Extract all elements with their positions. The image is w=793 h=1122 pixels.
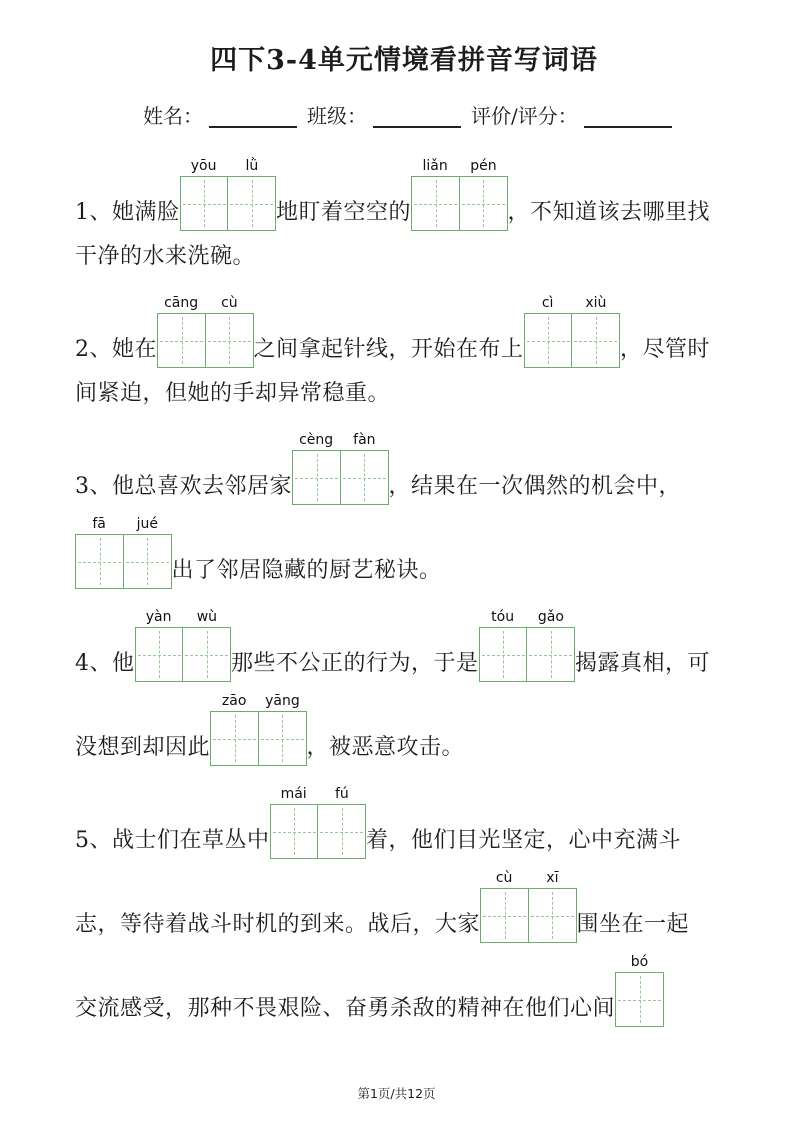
question-text: 着，他们目光坚定，心中充满斗 bbox=[366, 823, 681, 859]
question-text: 间紧迫，但她的手却异常稳重。 bbox=[75, 376, 390, 412]
pinyin-syllable: mái bbox=[270, 785, 318, 804]
question-text: ，尽管时 bbox=[620, 332, 710, 368]
grid-cell bbox=[123, 534, 172, 589]
header-fields: 姓名： 班级： 评价/评分： bbox=[75, 103, 733, 129]
grid-cells bbox=[479, 627, 576, 682]
grid-cell bbox=[75, 534, 124, 589]
question-text: 之间拿起针线，开始在布上 bbox=[254, 332, 524, 368]
pinyin-row: yōu lǜ bbox=[180, 155, 277, 176]
writing-grid: liǎn pén bbox=[411, 155, 508, 231]
question-text: 出了邻居隐藏的厨艺秘诀。 bbox=[172, 553, 442, 589]
grid-cell bbox=[340, 450, 389, 505]
pinyin-syllable: xī bbox=[528, 869, 576, 888]
question-text: 没想到却因此 bbox=[75, 730, 210, 766]
pinyin-syllable: bó bbox=[615, 953, 664, 972]
pinyin-syllable: wù bbox=[183, 608, 231, 627]
grid-cells bbox=[411, 176, 508, 231]
class-blank bbox=[373, 104, 461, 128]
question-2: 2、她在 cāng cù 之间拿起针线，开始在布上 cì xiù bbox=[75, 292, 733, 412]
writing-grid: cāng cù bbox=[157, 292, 254, 368]
question-4: 4、他 yàn wù 那些不公正的行为，于是 tóu gǎo bbox=[75, 606, 733, 766]
question-line: 5、战士们在草丛中 mái fú 着，他们目光坚定，心中充满斗 bbox=[75, 783, 733, 859]
grid-cell bbox=[210, 711, 259, 766]
pinyin-syllable: fú bbox=[318, 785, 366, 804]
pinyin-syllable: cù bbox=[480, 869, 528, 888]
pinyin-syllable: cì bbox=[524, 294, 572, 313]
question-text: 那些不公正的行为，于是 bbox=[231, 646, 479, 682]
grid-cell bbox=[135, 627, 184, 682]
question-text: 揭露真相，可 bbox=[575, 646, 710, 682]
grid-cell bbox=[479, 627, 528, 682]
question-text: 交流感受，那种不畏艰险、奋勇杀敌的精神在他们心间 bbox=[75, 991, 615, 1027]
grid-cells bbox=[157, 313, 254, 368]
grid-cells bbox=[135, 627, 232, 682]
pinyin-row: tóu gǎo bbox=[479, 606, 576, 627]
grid-cells bbox=[292, 450, 389, 505]
grid-cells bbox=[180, 176, 277, 231]
question-text: 3、他总喜欢去邻居家 bbox=[75, 469, 292, 505]
pinyin-syllable: fā bbox=[75, 515, 123, 534]
writing-grid: yōu lǜ bbox=[180, 155, 277, 231]
grid-cell bbox=[182, 627, 231, 682]
question-5: 5、战士们在草丛中 mái fú 着，他们目光坚定，心中充满斗 志，等待着战斗时… bbox=[75, 783, 733, 1027]
score-blank bbox=[584, 104, 672, 128]
page-title: 四下3-4单元情境看拼音写词语 bbox=[75, 38, 733, 77]
question-text: ，结果在一次偶然的机会中， bbox=[389, 469, 682, 505]
question-text: 2、她在 bbox=[75, 332, 157, 368]
question-line: 3、他总喜欢去邻居家 cèng fàn ，结果在一次偶然的机会中， bbox=[75, 429, 733, 505]
writing-grid: bó bbox=[615, 951, 664, 1027]
question-line: 干净的水来洗碗。 bbox=[75, 239, 733, 275]
pinyin-row: fā jué bbox=[75, 513, 172, 534]
name-blank bbox=[209, 104, 297, 128]
question-line: 交流感受，那种不畏艰险、奋勇杀敌的精神在他们心间 bó bbox=[75, 951, 733, 1027]
question-text: 围坐在一起 bbox=[577, 907, 690, 943]
question-line: 间紧迫，但她的手却异常稳重。 bbox=[75, 376, 733, 412]
pinyin-row: cāng cù bbox=[157, 292, 254, 313]
pinyin-row: liǎn pén bbox=[411, 155, 508, 176]
pinyin-syllable: jué bbox=[123, 515, 171, 534]
pinyin-row: cù xī bbox=[480, 867, 577, 888]
grid-cell bbox=[205, 313, 254, 368]
writing-grid: fā jué bbox=[75, 513, 172, 589]
grid-cell bbox=[459, 176, 508, 231]
grid-cell bbox=[411, 176, 460, 231]
pinyin-syllable: gǎo bbox=[527, 608, 575, 627]
pinyin-syllable: cèng bbox=[292, 431, 340, 450]
grid-cells bbox=[524, 313, 621, 368]
pinyin-syllable: liǎn bbox=[411, 157, 459, 176]
pinyin-syllable: cù bbox=[205, 294, 253, 313]
question-line: 2、她在 cāng cù 之间拿起针线，开始在布上 cì xiù bbox=[75, 292, 733, 368]
grid-cells bbox=[615, 972, 664, 1027]
question-line: fā jué 出了邻居隐藏的厨艺秘诀。 bbox=[75, 513, 733, 589]
question-text: 4、他 bbox=[75, 646, 135, 682]
grid-cell bbox=[526, 627, 575, 682]
question-text: 志，等待着战斗时机的到来。战后，大家 bbox=[75, 907, 480, 943]
pinyin-row: bó bbox=[615, 951, 664, 972]
pinyin-syllable: yàn bbox=[135, 608, 183, 627]
grid-cell bbox=[157, 313, 206, 368]
pinyin-row: cì xiù bbox=[524, 292, 621, 313]
grid-cell bbox=[317, 804, 366, 859]
question-text: 干净的水来洗碗。 bbox=[75, 239, 255, 275]
page-content: 四下3-4单元情境看拼音写词语 姓名： 班级： 评价/评分： 1、她满脸 yōu… bbox=[0, 0, 793, 1027]
pinyin-row: zāo yāng bbox=[210, 690, 307, 711]
grid-cell bbox=[615, 972, 664, 1027]
pinyin-syllable: tóu bbox=[479, 608, 527, 627]
grid-cell bbox=[292, 450, 341, 505]
question-text: 5、战士们在草丛中 bbox=[75, 823, 270, 859]
grid-cell bbox=[571, 313, 620, 368]
grid-cells bbox=[480, 888, 577, 943]
question-line: 没想到却因此 zāo yāng ，被恶意攻击。 bbox=[75, 690, 733, 766]
grid-cell bbox=[524, 313, 573, 368]
grid-cells bbox=[210, 711, 307, 766]
pinyin-syllable: lǜ bbox=[228, 157, 276, 176]
question-text: 1、她满脸 bbox=[75, 195, 180, 231]
pinyin-syllable: fàn bbox=[340, 431, 388, 450]
question-line: 志，等待着战斗时机的到来。战后，大家 cù xī 围坐在一起 bbox=[75, 867, 733, 943]
grid-cell bbox=[528, 888, 577, 943]
question-3: 3、他总喜欢去邻居家 cèng fàn ，结果在一次偶然的机会中， bbox=[75, 429, 733, 589]
writing-grid: cèng fàn bbox=[292, 429, 389, 505]
pinyin-syllable: yāng bbox=[258, 692, 306, 711]
question-1: 1、她满脸 yōu lǜ 地盯着空空的 liǎn pén bbox=[75, 155, 733, 275]
grid-cells bbox=[270, 804, 367, 859]
pinyin-syllable: cāng bbox=[157, 294, 205, 313]
class-label: 班级： bbox=[307, 103, 367, 129]
page-footer: 第1页/共12页 bbox=[0, 1084, 793, 1102]
grid-cells bbox=[75, 534, 172, 589]
grid-cell bbox=[227, 176, 276, 231]
writing-grid: zāo yāng bbox=[210, 690, 307, 766]
writing-grid: cì xiù bbox=[524, 292, 621, 368]
grid-cell bbox=[480, 888, 529, 943]
writing-grid: yàn wù bbox=[135, 606, 232, 682]
writing-grid: cù xī bbox=[480, 867, 577, 943]
question-line: 4、他 yàn wù 那些不公正的行为，于是 tóu gǎo bbox=[75, 606, 733, 682]
question-text: ，被恶意攻击。 bbox=[307, 730, 465, 766]
grid-cell bbox=[270, 804, 319, 859]
question-text: 地盯着空空的 bbox=[276, 195, 411, 231]
grid-cell bbox=[180, 176, 229, 231]
grid-cell bbox=[258, 711, 307, 766]
pinyin-syllable: xiù bbox=[572, 294, 620, 313]
pinyin-row: mái fú bbox=[270, 783, 367, 804]
pinyin-row: yàn wù bbox=[135, 606, 232, 627]
name-label: 姓名： bbox=[143, 103, 203, 129]
question-text: ，不知道该去哪里找 bbox=[508, 195, 711, 231]
writing-grid: mái fú bbox=[270, 783, 367, 859]
score-label: 评价/评分： bbox=[471, 103, 578, 129]
question-line: 1、她满脸 yōu lǜ 地盯着空空的 liǎn pén bbox=[75, 155, 733, 231]
pinyin-syllable: yōu bbox=[180, 157, 228, 176]
worksheet-page: 四下3-4单元情境看拼音写词语 姓名： 班级： 评价/评分： 1、她满脸 yōu… bbox=[0, 0, 793, 1122]
pinyin-syllable: pén bbox=[459, 157, 507, 176]
writing-grid: tóu gǎo bbox=[479, 606, 576, 682]
pinyin-row: cèng fàn bbox=[292, 429, 389, 450]
pinyin-syllable: zāo bbox=[210, 692, 258, 711]
